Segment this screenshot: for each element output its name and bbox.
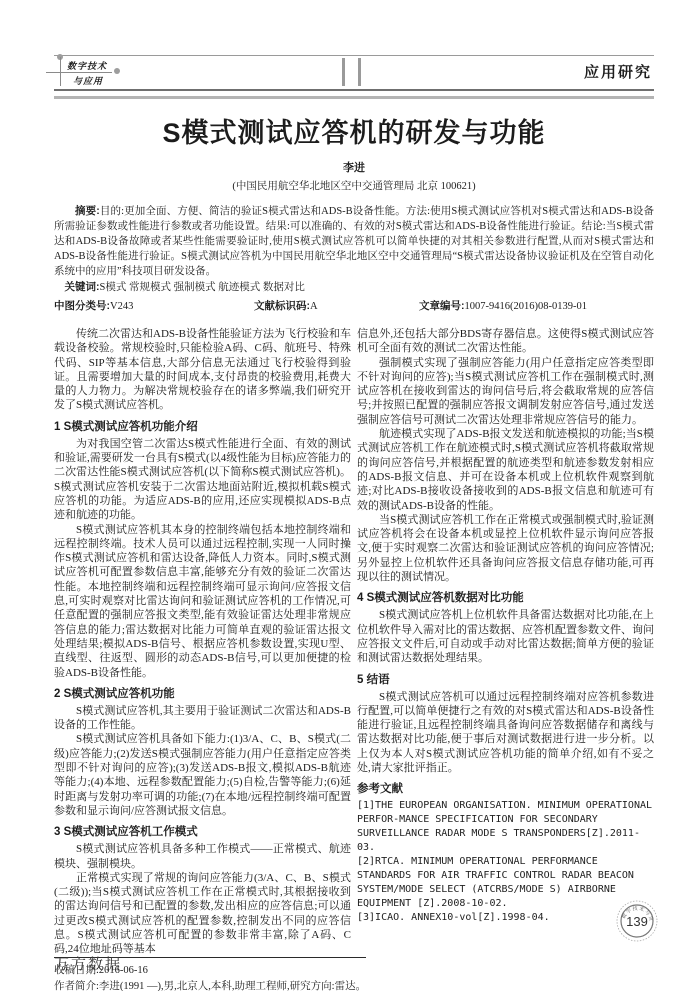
paragraph: 信息外,还包括大部分BDS寄存器信息。这使得S模式测试应答机可全面有效的测试二次… bbox=[357, 327, 654, 356]
journal-logo: 数字技术 与应用 bbox=[42, 57, 152, 87]
paragraph: 传统二次雷达和ADS-B设备性能验证方法为飞行校验和车载设备校验。常规校验时,只… bbox=[54, 327, 351, 413]
paragraph: 正常模式实现了常规的询问应答能力(3/A、C、B、S模式(二级));当S模式测试… bbox=[54, 871, 351, 957]
journal-name-line2: 与应用 bbox=[73, 74, 103, 87]
abstract-paragraph: 摘要:目的:更加全面、方便、简洁的验证S模式雷达和ADS-B设备性能。方法:使用… bbox=[54, 204, 654, 279]
header-divider-bars-icon bbox=[342, 58, 361, 86]
left-column: 传统二次雷达和ADS-B设备性能验证方法为飞行校验和车载设备校验。常规校验时,只… bbox=[54, 327, 351, 951]
paragraph: 为对我国空管二次雷达S模式性能进行全面、有效的测试和验证,需要研发一台具有S模式… bbox=[54, 437, 351, 523]
reference-item: [1]THE EUROPEAN ORGANISATION. MINIMUM OP… bbox=[357, 799, 654, 855]
reference-item: [2]RTCA. MINIMUM OPERATIONAL PERFORMANCE… bbox=[357, 855, 654, 911]
journal-section-label: 应用研究 bbox=[584, 61, 652, 82]
section-heading-3: 3 S模式测试应答机工作模式 bbox=[54, 823, 351, 839]
section-heading-2: 2 S模式测试应答机功能 bbox=[54, 685, 351, 701]
article-title: S模式测试应答机的研发与功能 bbox=[54, 111, 654, 150]
reference-item: [3]ICAO. ANNEX10-vol[Z].1998-04. bbox=[357, 911, 654, 925]
right-column: 信息外,还包括大部分BDS寄存器信息。这使得S模式测试应答机可全面有效的测试二次… bbox=[357, 327, 654, 951]
divider-bar bbox=[358, 58, 361, 86]
article-id: 文章编号:1007-9416(2016)08-0139-01 bbox=[419, 299, 654, 314]
page: 数字技术 与应用 应用研究 S模式测试应答机的研发与功能 李进 (中国民用航空华… bbox=[0, 0, 700, 991]
clc-number: 中图分类号:V243 bbox=[54, 299, 254, 314]
abstract-block: 摘要:目的:更加全面、方便、简洁的验证S模式雷达和ADS-B设备性能。方法:使用… bbox=[54, 204, 654, 314]
paragraph: 航迹模式实现了ADS-B报文发送和航迹模拟的功能;当S模式测试应答机工作在航迹模… bbox=[357, 427, 654, 513]
keywords-text: S模式 常规模式 强制模式 航迹模式 数据对比 bbox=[100, 282, 305, 293]
paragraph: S模式测试应答机,其主要用于验证测试二次雷达和ADS-B设备的工作性能。 bbox=[54, 704, 351, 733]
page-number: 139 bbox=[626, 914, 648, 929]
abstract-text: 目的:更加全面、方便、简洁的验证S模式雷达和ADS-B设备性能。方法:使用S模式… bbox=[54, 206, 654, 277]
document-code: 文献标识码:A bbox=[254, 299, 419, 314]
journal-name-line1: 数字技术 bbox=[67, 59, 107, 72]
header-rule bbox=[54, 96, 654, 99]
references-heading: 参考文献 bbox=[357, 780, 654, 796]
divider-bar bbox=[342, 58, 345, 86]
keywords-line: 关键词:S模式 常规模式 强制模式 航迹模式 数据对比 bbox=[54, 280, 654, 295]
section-heading-4: 4 S模式测试应答机数据对比功能 bbox=[357, 589, 654, 605]
page-number-stamp: 数字技术与应用 139 bbox=[614, 898, 660, 944]
abstract-label: 摘要: bbox=[75, 205, 100, 217]
paragraph: S模式测试应答机可以通过远程控制终端对应答机参数进行配置,可以简单便捷行之有效的… bbox=[357, 690, 654, 776]
paragraph: 强制模式实现了强制应答能力(用户任意指定应答类型即不针对询问的应答);当S模式测… bbox=[357, 356, 654, 427]
author-affiliation: (中国民用航空华北地区空中交通管理局 北京 100621) bbox=[54, 178, 654, 193]
section-heading-5: 5 结语 bbox=[357, 671, 654, 687]
paragraph: 当S模式测试应答机工作在正常模式或强制模式时,验证测试应答机将会在设备本机或显控… bbox=[357, 513, 654, 584]
logo-dot-icon bbox=[114, 68, 120, 74]
paragraph: S模式测试应答机具备多种工作模式——正常模式、航迹模块、强制模块。 bbox=[54, 842, 351, 871]
logo-horizontal-rule bbox=[46, 72, 112, 73]
section-heading-1: 1 S模式测试应答机功能介绍 bbox=[54, 418, 351, 434]
article-meta-row: 中图分类号:V243 文献标识码:A 文章编号:1007-9416(2016)0… bbox=[54, 299, 654, 314]
keywords-label: 关键词: bbox=[65, 281, 100, 293]
paragraph: S模式测试应答机具备如下能力:(1)3/A、C、B、S模式(二级)应答能力;(2… bbox=[54, 732, 351, 818]
author-name: 李进 bbox=[54, 159, 654, 175]
body-columns: 传统二次雷达和ADS-B设备性能验证方法为飞行校验和车载设备校验。常规校验时,只… bbox=[54, 327, 654, 951]
paragraph: S模式测试应答机上位机软件具备雷达数据对比功能,在上位机软件导入需对比的雷达数据… bbox=[357, 608, 654, 665]
paragraph: S模式测试应答机其本身的控制终端包括本地控制终端和远程控制终端。技术人员可以通过… bbox=[54, 523, 351, 680]
author-bio: 作者简介:李进(1991 —),男,北京人,本科,助理工程师,研究方向:雷达。 bbox=[54, 979, 372, 991]
wanfang-watermark: 万方数据 bbox=[54, 953, 122, 974]
journal-header: 数字技术 与应用 应用研究 bbox=[54, 55, 654, 91]
